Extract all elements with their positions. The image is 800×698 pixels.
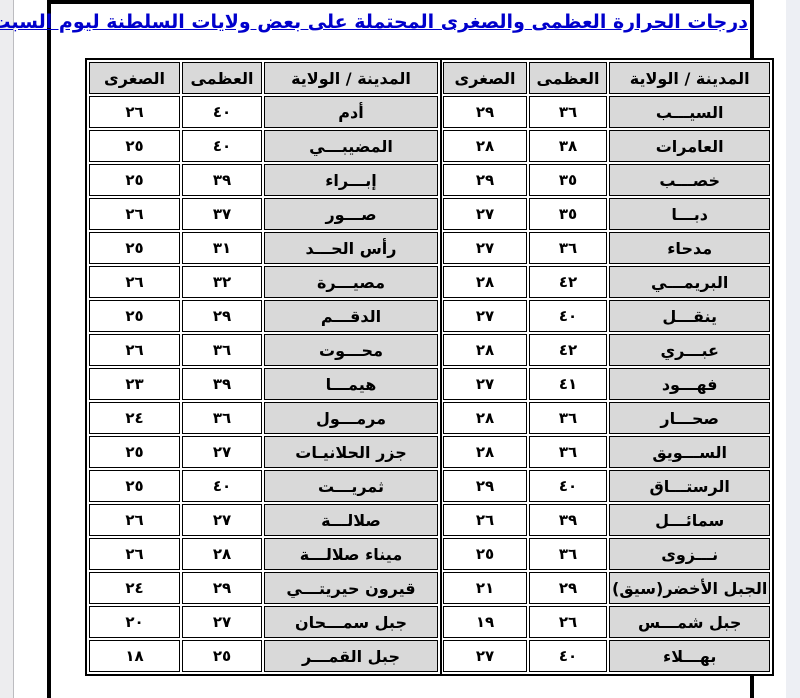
min-temp-cell: ٢٦ xyxy=(89,334,180,366)
table-row: المضيبـــي٤٠٢٥ xyxy=(89,130,438,162)
city-cell: بهـــلاء xyxy=(609,640,770,672)
max-temp-cell: ٣٦ xyxy=(182,334,262,366)
temperature-table-left-wrap: المدينة / الولاية العظمى الصغرى أدم٤٠٢٦ا… xyxy=(85,58,442,676)
min-temp-cell: ٢١ xyxy=(443,572,527,604)
frame-border-left xyxy=(47,0,51,698)
city-cell: فهـــود xyxy=(609,368,770,400)
max-temp-cell: ٣٩ xyxy=(182,368,262,400)
max-temp-cell: ٣٩ xyxy=(182,164,262,196)
max-temp-cell: ٤٠ xyxy=(182,470,262,502)
min-temp-cell: ٢٦ xyxy=(89,198,180,230)
table-row: خصـــب٣٥٢٩ xyxy=(443,164,770,196)
table-row: محـــوت٣٦٢٦ xyxy=(89,334,438,366)
min-temp-cell: ٢٥ xyxy=(89,232,180,264)
city-cell: أدم xyxy=(264,96,438,128)
title-row: درجات الحرارة العظمى والصغرى المحتملة عل… xyxy=(54,11,748,33)
max-temp-cell: ٤٠ xyxy=(182,96,262,128)
city-cell: ميناء صلالـــة xyxy=(264,538,438,570)
table-row: ثمريـــت٤٠٢٥ xyxy=(89,470,438,502)
table-row: دبـــا٣٥٢٧ xyxy=(443,198,770,230)
max-temp-cell: ٣٦ xyxy=(529,402,607,434)
max-temp-cell: ٢٩ xyxy=(182,300,262,332)
max-temp-cell: ٣٩ xyxy=(529,504,607,536)
min-temp-cell: ٢٦ xyxy=(443,504,527,536)
table-row: عبـــري٤٢٢٨ xyxy=(443,334,770,366)
max-temp-cell: ٣٦ xyxy=(529,538,607,570)
max-temp-cell: ٣٨ xyxy=(529,130,607,162)
min-temp-cell: ٢٤ xyxy=(89,402,180,434)
city-cell: جبل القمـــر xyxy=(264,640,438,672)
min-temp-cell: ٢٧ xyxy=(443,300,527,332)
max-temp-cell: ٤٢ xyxy=(529,334,607,366)
city-cell: نـــزوى xyxy=(609,538,770,570)
city-cell: الجبل الأخضر(سيق) xyxy=(609,572,770,604)
max-temp-cell: ٣٦ xyxy=(529,96,607,128)
table-row: مدحاء٣٦٢٧ xyxy=(443,232,770,264)
table-row: مرمـــول٣٦٢٤ xyxy=(89,402,438,434)
city-cell: جبل سمـــحان xyxy=(264,606,438,638)
left-margin-strip xyxy=(0,0,14,698)
city-cell: الرستـــاق xyxy=(609,470,770,502)
temperature-table-left: المدينة / الولاية العظمى الصغرى أدم٤٠٢٦ا… xyxy=(85,58,442,676)
table-row: هيمـــا٣٩٢٣ xyxy=(89,368,438,400)
city-cell: العامرات xyxy=(609,130,770,162)
min-temp-cell: ٢٥ xyxy=(89,164,180,196)
table-row: جبل شمـــس٢٦١٩ xyxy=(443,606,770,638)
max-temp-cell: ٣٥ xyxy=(529,198,607,230)
city-cell: المضيبـــي xyxy=(264,130,438,162)
city-cell: رأس الحـــد xyxy=(264,232,438,264)
min-temp-cell: ١٨ xyxy=(89,640,180,672)
table-row: أدم٤٠٢٦ xyxy=(89,96,438,128)
header-row: المدينة / الولاية العظمى الصغرى xyxy=(89,62,438,94)
min-temp-cell: ٢٨ xyxy=(443,436,527,468)
min-temp-cell: ٢٦ xyxy=(89,504,180,536)
min-temp-cell: ٢٦ xyxy=(89,266,180,298)
max-temp-cell: ٢٩ xyxy=(182,572,262,604)
max-temp-cell: ٣٦ xyxy=(529,436,607,468)
table-row: نـــزوى٣٦٢٥ xyxy=(443,538,770,570)
table-row: إبـــراء٣٩٢٥ xyxy=(89,164,438,196)
city-cell: السيـــب xyxy=(609,96,770,128)
city-cell: سمائـــل xyxy=(609,504,770,536)
city-cell: عبـــري xyxy=(609,334,770,366)
table-row: البريمـــي٤٢٢٨ xyxy=(443,266,770,298)
city-cell: البريمـــي xyxy=(609,266,770,298)
table-row: جزر الحلانيـات٢٧٢٥ xyxy=(89,436,438,468)
city-cell: قيرون حيريتـــي xyxy=(264,572,438,604)
header-city: المدينة / الولاية xyxy=(609,62,770,94)
city-cell: إبـــراء xyxy=(264,164,438,196)
table-row: فهـــود٤١٢٧ xyxy=(443,368,770,400)
table-row: الجبل الأخضر(سيق)٢٩٢١ xyxy=(443,572,770,604)
min-temp-cell: ٢٥ xyxy=(89,436,180,468)
max-temp-cell: ٤١ xyxy=(529,368,607,400)
min-temp-cell: ٢٠ xyxy=(89,606,180,638)
table-row: قيرون حيريتـــي٢٩٢٤ xyxy=(89,572,438,604)
max-temp-cell: ٢٧ xyxy=(182,436,262,468)
city-cell: هيمـــا xyxy=(264,368,438,400)
header-min: الصغرى xyxy=(443,62,527,94)
max-temp-cell: ٣١ xyxy=(182,232,262,264)
max-temp-cell: ٣٥ xyxy=(529,164,607,196)
max-temp-cell: ٢٦ xyxy=(529,606,607,638)
header-city: المدينة / الولاية xyxy=(264,62,438,94)
min-temp-cell: ٢٩ xyxy=(443,164,527,196)
min-temp-cell: ٢٩ xyxy=(443,470,527,502)
max-temp-cell: ٤٠ xyxy=(182,130,262,162)
table-row: الرستـــاق٤٠٢٩ xyxy=(443,470,770,502)
temperature-table-right: المدينة / الولاية العظمى الصغرى السيـــب… xyxy=(439,58,774,676)
city-cell: جبل شمـــس xyxy=(609,606,770,638)
table-row: جبل سمـــحان٢٧٢٠ xyxy=(89,606,438,638)
city-cell: ينقـــل xyxy=(609,300,770,332)
min-temp-cell: ٢٨ xyxy=(443,266,527,298)
table-row: مصيـــرة٣٢٢٦ xyxy=(89,266,438,298)
city-cell: ثمريـــت xyxy=(264,470,438,502)
min-temp-cell: ٢٥ xyxy=(89,300,180,332)
table-row: صـــور٣٧٢٦ xyxy=(89,198,438,230)
max-temp-cell: ٢٨ xyxy=(182,538,262,570)
city-cell: مرمـــول xyxy=(264,402,438,434)
city-cell: مدحاء xyxy=(609,232,770,264)
city-cell: خصـــب xyxy=(609,164,770,196)
max-temp-cell: ٤٠ xyxy=(529,640,607,672)
min-temp-cell: ٢٨ xyxy=(443,402,527,434)
table-row: صلالـــة٢٧٢٦ xyxy=(89,504,438,536)
city-cell: الســـويق xyxy=(609,436,770,468)
min-temp-cell: ١٩ xyxy=(443,606,527,638)
min-temp-cell: ٢٥ xyxy=(89,130,180,162)
min-temp-cell: ٢٧ xyxy=(443,198,527,230)
city-cell: جزر الحلانيـات xyxy=(264,436,438,468)
max-temp-cell: ٤٠ xyxy=(529,470,607,502)
max-temp-cell: ٢٧ xyxy=(182,606,262,638)
max-temp-cell: ٢٧ xyxy=(182,504,262,536)
header-min: الصغرى xyxy=(89,62,180,94)
min-temp-cell: ٢٦ xyxy=(89,538,180,570)
min-temp-cell: ٢٤ xyxy=(89,572,180,604)
min-temp-cell: ٢٧ xyxy=(443,232,527,264)
table-row: الســـويق٣٦٢٨ xyxy=(443,436,770,468)
min-temp-cell: ٢٥ xyxy=(89,470,180,502)
city-cell: صـــور xyxy=(264,198,438,230)
table-row: بهـــلاء٤٠٢٧ xyxy=(443,640,770,672)
max-temp-cell: ٣٦ xyxy=(529,232,607,264)
min-temp-cell: ٢٧ xyxy=(443,640,527,672)
table-row: العامرات٣٨٢٨ xyxy=(443,130,770,162)
temperature-table-right-wrap: المدينة / الولاية العظمى الصغرى السيـــب… xyxy=(439,58,774,676)
table-row: الدقـــم٢٩٢٥ xyxy=(89,300,438,332)
table-row: رأس الحـــد٣١٢٥ xyxy=(89,232,438,264)
min-temp-cell: ٢٧ xyxy=(443,368,527,400)
table-row: ميناء صلالـــة٢٨٢٦ xyxy=(89,538,438,570)
table-row: ينقـــل٤٠٢٧ xyxy=(443,300,770,332)
document-page: درجات الحرارة العظمى والصغرى المحتملة عل… xyxy=(0,0,800,698)
min-temp-cell: ٢٩ xyxy=(443,96,527,128)
min-temp-cell: ٢٨ xyxy=(443,130,527,162)
max-temp-cell: ٣٢ xyxy=(182,266,262,298)
city-cell: صحـــار xyxy=(609,402,770,434)
max-temp-cell: ٣٧ xyxy=(182,198,262,230)
city-cell: محـــوت xyxy=(264,334,438,366)
max-temp-cell: ٤٠ xyxy=(529,300,607,332)
page-title: درجات الحرارة العظمى والصغرى المحتملة عل… xyxy=(0,11,748,33)
table-row: صحـــار٣٦٢٨ xyxy=(443,402,770,434)
min-temp-cell: ٢٨ xyxy=(443,334,527,366)
city-cell: مصيـــرة xyxy=(264,266,438,298)
table-row: سمائـــل٣٩٢٦ xyxy=(443,504,770,536)
table-row: السيـــب٣٦٢٩ xyxy=(443,96,770,128)
min-temp-cell: ٢٣ xyxy=(89,368,180,400)
header-max: العظمى xyxy=(529,62,607,94)
city-cell: الدقـــم xyxy=(264,300,438,332)
frame-border-top xyxy=(47,0,754,4)
min-temp-cell: ٢٦ xyxy=(89,96,180,128)
max-temp-cell: ٢٩ xyxy=(529,572,607,604)
max-temp-cell: ٣٦ xyxy=(182,402,262,434)
header-max: العظمى xyxy=(182,62,262,94)
right-margin-strip xyxy=(786,0,800,698)
max-temp-cell: ٤٢ xyxy=(529,266,607,298)
city-cell: صلالـــة xyxy=(264,504,438,536)
min-temp-cell: ٢٥ xyxy=(443,538,527,570)
city-cell: دبـــا xyxy=(609,198,770,230)
table-row: جبل القمـــر٢٥١٨ xyxy=(89,640,438,672)
max-temp-cell: ٢٥ xyxy=(182,640,262,672)
header-row: المدينة / الولاية العظمى الصغرى xyxy=(443,62,770,94)
